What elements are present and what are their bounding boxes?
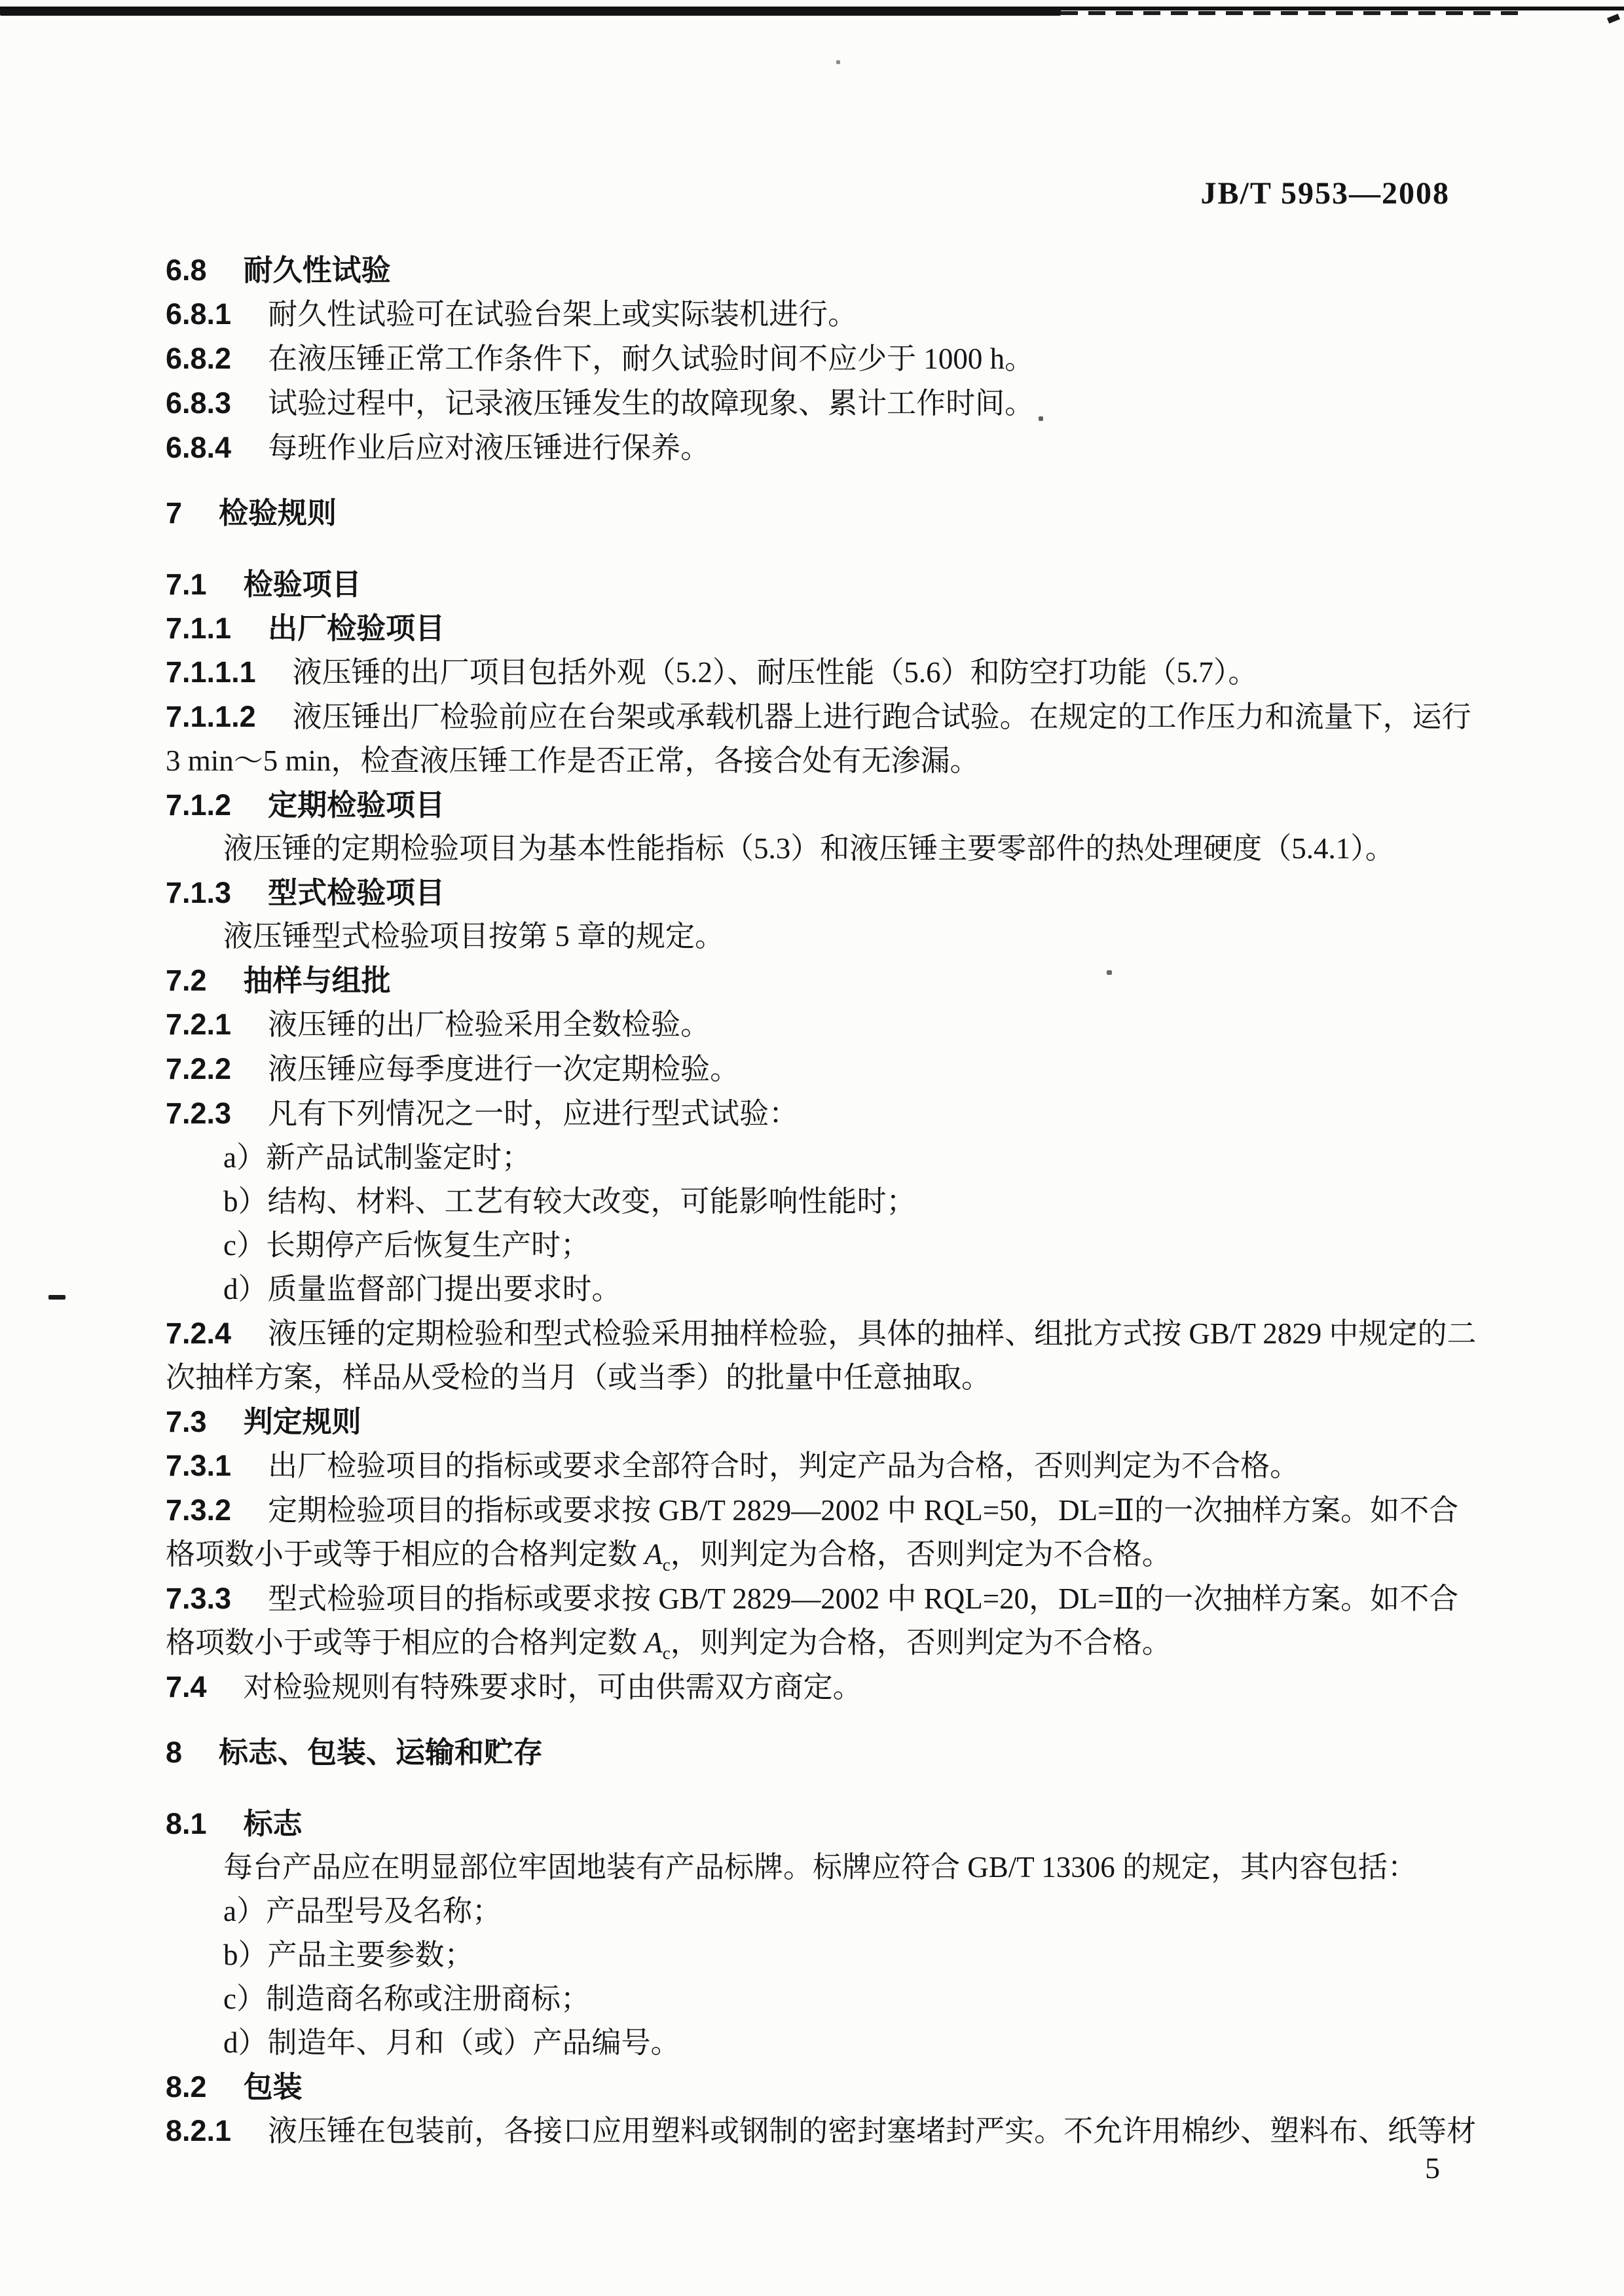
clause-number: 7.4 xyxy=(166,1665,207,1709)
document-page: JB/T 5953—2008 6.8耐久性试验6.8.1耐久性试验可在试验台架上… xyxy=(0,0,1624,2296)
clause-line: 7.1.1.1液压锤的出厂项目包括外观（5.2）、耐压性能（5.6）和防空打功能… xyxy=(166,650,1472,695)
text-fragment: ，则判定为合格，否则判定为不合格。 xyxy=(671,1626,1172,1659)
clause-line: 7.2.1液压锤的出厂检验采用全数检验。 xyxy=(166,1002,1472,1047)
clause-number: 7.2.4 xyxy=(166,1311,231,1355)
subscript: c xyxy=(663,1555,671,1575)
clause-number: 7.2.1 xyxy=(166,1002,231,1046)
scan-top-edge-artifact xyxy=(0,9,1061,16)
clause-text: b）产品主要参数； xyxy=(223,1939,474,1971)
clause-text: 液压锤的出厂项目包括外观（5.2）、耐压性能（5.6）和防空打功能（5.7）。 xyxy=(293,656,1258,689)
clause-line: 7.3.2定期检验项目的指标或要求按 GB/T 2829—2002 中 RQL=… xyxy=(166,1488,1472,1533)
clause-text: 液压锤的出厂检验采用全数检验。 xyxy=(268,1008,710,1041)
clause-text: 液压锤的定期检验项目为基本性能指标（5.3）和液压锤主要零部件的热处理硬度（5.… xyxy=(223,832,1395,865)
list-item: c）长期停产后恢复生产时； xyxy=(166,1224,1472,1267)
clause-number: 7.3.2 xyxy=(166,1488,231,1532)
clause-text: 标志、包装、运输和贮存 xyxy=(219,1736,543,1769)
section-heading: 7检验规则 xyxy=(166,491,1472,535)
list-item: b）产品主要参数； xyxy=(166,1933,1472,1977)
paragraph-line: 格项数小于或等于相应的合格判定数 Ac，则判定为合格，否则判定为不合格。 xyxy=(166,1533,1472,1576)
clause-number: 6.8.4 xyxy=(166,426,231,469)
clause-text: 每台产品应在明显部位牢固地装有产品标牌。标牌应符合 GB/T 13306 的规定… xyxy=(223,1851,1417,1884)
clause-number: 7.1 xyxy=(166,562,207,606)
clause-line: 7.3.1出厂检验项目的指标或要求全部符合时，判定产品为合格，否则判定为不合格。 xyxy=(166,1444,1472,1488)
clause-text: 定期检验项目的指标或要求按 GB/T 2829—2002 中 RQL=50，DL… xyxy=(268,1494,1458,1527)
document-body: 6.8耐久性试验6.8.1耐久性试验可在试验台架上或实际装机进行。6.8.2在液… xyxy=(166,248,1472,2153)
clause-text: 型式检验项目的指标或要求按 GB/T 2829—2002 中 RQL=20，DL… xyxy=(268,1582,1458,1615)
list-item: d）质量监督部门提出要求时。 xyxy=(166,1267,1472,1311)
clause-number: 7.1.1.2 xyxy=(166,695,256,738)
clause-text: 格项数小于或等于相应的合格判定数 Ac，则判定为合格，否则判定为不合格。 xyxy=(166,1538,1172,1571)
section-heading: 7.1.3型式检验项目 xyxy=(166,871,1472,915)
section-heading: 6.8耐久性试验 xyxy=(166,248,1472,292)
clause-number: 7.1.1 xyxy=(166,606,231,650)
clause-number: 7.1.1.1 xyxy=(166,650,256,694)
clause-text: 检验规则 xyxy=(219,496,337,530)
section-heading: 8标志、包装、运输和贮存 xyxy=(166,1730,1472,1774)
clause-text: c）长期停产后恢复生产时； xyxy=(223,1229,590,1262)
clause-text: a）新产品试制鉴定时； xyxy=(223,1141,531,1174)
clause-number: 7.3.3 xyxy=(166,1576,231,1620)
clause-line: 7.2.3凡有下列情况之一时，应进行型式试验： xyxy=(166,1091,1472,1136)
standard-code: JB/T 5953—2008 xyxy=(1201,175,1450,211)
clause-text: 液压锤应每季度进行一次定期检验。 xyxy=(268,1053,739,1085)
section-heading: 7.1.1出厂检验项目 xyxy=(166,606,1472,650)
variable: A xyxy=(644,1626,663,1659)
clause-number: 8.2 xyxy=(166,2065,207,2109)
clause-text: d）制造年、月和（或）产品编号。 xyxy=(223,2026,680,2059)
clause-text: 试验过程中，记录液压锤发生的故障现象、累计工作时间。 xyxy=(268,387,1034,420)
clause-text: 在液压锤正常工作条件下，耐久试验时间不应少于 1000 h。 xyxy=(268,342,1034,375)
clause-text: b）结构、材料、工艺有较大改变，可能影响性能时； xyxy=(223,1185,916,1218)
clause-line: 6.8.2在液压锤正常工作条件下，耐久试验时间不应少于 1000 h。 xyxy=(166,337,1472,381)
clause-line: 7.2.4液压锤的定期检验和型式检验采用抽样检验，具体的抽样、组批方式按 GB/… xyxy=(166,1311,1472,1356)
scan-speck xyxy=(48,1295,65,1300)
clause-text: 判定规则 xyxy=(244,1405,361,1438)
clause-text: 出厂检验项目的指标或要求全部符合时，判定产品为合格，否则判定为不合格。 xyxy=(268,1449,1299,1482)
clause-number: 7.1.2 xyxy=(166,783,231,827)
clause-text: c）制造商名称或注册商标； xyxy=(223,1982,590,2015)
clause-number: 8.2.1 xyxy=(166,2109,231,2153)
clause-text: a）产品型号及名称； xyxy=(223,1895,502,1927)
page-number: 5 xyxy=(1425,2151,1440,2185)
paragraph-line: 次抽样方案，样品从受检的当月（或当季）的批量中任意抽取。 xyxy=(166,1356,1472,1400)
clause-text: 检验项目 xyxy=(244,568,361,601)
scan-top-edge-artifact xyxy=(1061,11,1519,15)
clause-number: 7.2.2 xyxy=(166,1047,231,1091)
section-heading: 8.2包装 xyxy=(166,2065,1472,2109)
clause-text: d）质量监督部门提出要求时。 xyxy=(223,1273,621,1305)
paragraph-line: 液压锤型式检验项目按第 5 章的规定。 xyxy=(166,915,1472,958)
text-fragment: 格项数小于或等于相应的合格判定数 xyxy=(166,1538,644,1571)
clause-number: 6.8.2 xyxy=(166,337,231,380)
text-fragment: 格项数小于或等于相应的合格判定数 xyxy=(166,1626,644,1659)
clause-text: 液压锤的定期检验和型式检验采用抽样检验，具体的抽样、组批方式按 GB/T 282… xyxy=(268,1317,1476,1350)
clause-number: 7 xyxy=(166,491,182,535)
list-item: a）新产品试制鉴定时； xyxy=(166,1136,1472,1180)
clause-text: 型式检验项目 xyxy=(268,876,445,909)
subscript: c xyxy=(663,1643,671,1663)
clause-number: 8 xyxy=(166,1730,182,1774)
clause-number: 8.1 xyxy=(166,1802,207,1846)
section-heading: 7.2抽样与组批 xyxy=(166,958,1472,1002)
clause-text: 格项数小于或等于相应的合格判定数 Ac，则判定为合格，否则判定为不合格。 xyxy=(166,1626,1172,1659)
clause-text: 包装 xyxy=(244,2070,303,2104)
scan-corner-mark xyxy=(1607,14,1620,24)
clause-number: 7.3 xyxy=(166,1400,207,1444)
clause-number: 6.8.1 xyxy=(166,292,231,336)
text-fragment: ，则判定为合格，否则判定为不合格。 xyxy=(671,1538,1172,1571)
clause-line: 6.8.3试验过程中，记录液压锤发生的故障现象、累计工作时间。 xyxy=(166,381,1472,426)
clause-text: 耐久性试验可在试验台架上或实际装机进行。 xyxy=(268,298,857,331)
section-heading: 7.1.2定期检验项目 xyxy=(166,783,1472,827)
clause-number: 7.3.1 xyxy=(166,1444,231,1487)
clause-text: 定期检验项目 xyxy=(268,788,445,822)
clause-text: 对检验规则有特殊要求时，可由供需双方商定。 xyxy=(244,1671,862,1704)
clause-line: 6.8.4每班作业后应对液压锤进行保养。 xyxy=(166,426,1472,470)
paragraph-line: 每台产品应在明显部位牢固地装有产品标牌。标牌应符合 GB/T 13306 的规定… xyxy=(166,1846,1472,1889)
clause-line: 7.1.1.2液压锤出厂检验前应在台架或承载机器上进行跑合试验。在规定的工作压力… xyxy=(166,695,1472,739)
list-item: b）结构、材料、工艺有较大改变，可能影响性能时； xyxy=(166,1180,1472,1224)
clause-line: 7.3.3型式检验项目的指标或要求按 GB/T 2829—2002 中 RQL=… xyxy=(166,1576,1472,1621)
list-item: d）制造年、月和（或）产品编号。 xyxy=(166,2021,1472,2065)
list-item: c）制造商名称或注册商标； xyxy=(166,1977,1472,2021)
clause-line: 6.8.1耐久性试验可在试验台架上或实际装机进行。 xyxy=(166,292,1472,337)
clause-text: 耐久性试验 xyxy=(244,253,391,287)
clause-text: 每班作业后应对液压锤进行保养。 xyxy=(268,431,710,464)
clause-number: 7.2.3 xyxy=(166,1091,231,1135)
section-heading: 7.3判定规则 xyxy=(166,1400,1472,1444)
clause-text: 抽样与组批 xyxy=(244,964,391,997)
clause-number: 7.2 xyxy=(166,958,207,1002)
paragraph-line: 3 min～5 min，检查液压锤工作是否正常，各接合处有无渗漏。 xyxy=(166,739,1472,783)
clause-text: 液压锤在包装前，各接口应用塑料或钢制的密封塞堵封严实。不允许用棉纱、塑料布、纸等… xyxy=(268,2115,1476,2147)
list-item: a）产品型号及名称； xyxy=(166,1889,1472,1933)
clause-text: 凡有下列情况之一时，应进行型式试验： xyxy=(268,1097,798,1130)
clause-text: 液压锤型式检验项目按第 5 章的规定。 xyxy=(223,920,724,953)
clause-line: 7.4对检验规则有特殊要求时，可由供需双方商定。 xyxy=(166,1665,1472,1709)
clause-text: 次抽样方案，样品从受检的当月（或当季）的批量中任意抽取。 xyxy=(166,1361,991,1394)
clause-text: 出厂检验项目 xyxy=(268,611,445,645)
clause-number: 6.8.3 xyxy=(166,381,231,425)
section-heading: 7.1检验项目 xyxy=(166,562,1472,606)
scan-speck xyxy=(836,60,840,64)
clause-text: 标志 xyxy=(244,1807,303,1840)
paragraph-line: 液压锤的定期检验项目为基本性能指标（5.3）和液压锤主要零部件的热处理硬度（5.… xyxy=(166,827,1472,871)
clause-line: 7.2.2液压锤应每季度进行一次定期检验。 xyxy=(166,1047,1472,1091)
clause-number: 7.1.3 xyxy=(166,871,231,915)
clause-number: 6.8 xyxy=(166,248,207,292)
clause-line: 8.2.1液压锤在包装前，各接口应用塑料或钢制的密封塞堵封严实。不允许用棉纱、塑… xyxy=(166,2109,1472,2153)
section-heading: 8.1标志 xyxy=(166,1802,1472,1846)
paragraph-line: 格项数小于或等于相应的合格判定数 Ac，则判定为合格，否则判定为不合格。 xyxy=(166,1621,1472,1665)
clause-text: 液压锤出厂检验前应在台架或承载机器上进行跑合试验。在规定的工作压力和流量下，运行 xyxy=(293,701,1471,733)
variable: A xyxy=(644,1538,663,1571)
clause-text: 3 min～5 min，检查液压锤工作是否正常，各接合处有无渗漏。 xyxy=(166,744,980,777)
